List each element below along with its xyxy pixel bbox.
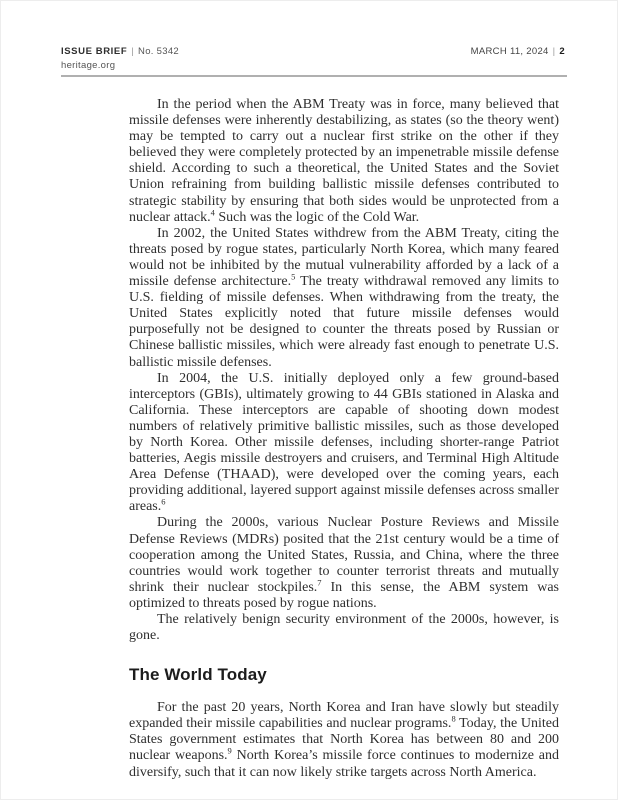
header-rule	[61, 75, 567, 77]
body-paragraph: In 2004, the U.S. initially deployed onl…	[129, 371, 559, 516]
page-header: ISSUE BRIEF|No. 5342 MARCH 11, 2024|2 he…	[61, 46, 565, 71]
footnote-ref: 6	[161, 497, 165, 507]
page-number: 2	[559, 46, 565, 57]
header-separator-right: |	[553, 46, 556, 57]
header-separator: |	[131, 46, 134, 57]
footnote-ref: 7	[317, 577, 321, 587]
body-paragraph: During the 2000s, various Nuclear Postur…	[129, 515, 559, 612]
footnote-ref: 9	[228, 746, 232, 756]
body-paragraph: The relatively benign security environme…	[129, 612, 559, 644]
header-right: MARCH 11, 2024|2	[471, 46, 565, 57]
section-heading: The World Today	[129, 665, 559, 685]
body-paragraph: In 2002, the United States withdrew from…	[129, 226, 559, 371]
issue-number: No. 5342	[138, 46, 179, 57]
footnote-ref: 4	[211, 207, 215, 217]
document-page: ISSUE BRIEF|No. 5342 MARCH 11, 2024|2 he…	[0, 0, 618, 800]
footnote-ref: 8	[451, 714, 455, 724]
footnote-ref: 5	[291, 271, 295, 281]
body-paragraph: For the past 20 years, North Korea and I…	[129, 700, 559, 780]
site-url: heritage.org	[61, 60, 565, 71]
body-paragraph: In the period when the ABM Treaty was in…	[129, 97, 559, 226]
article: In the period when the ABM Treaty was in…	[129, 97, 559, 781]
date-label: MARCH 11, 2024	[471, 46, 549, 57]
brand-label: ISSUE BRIEF	[61, 46, 127, 57]
header-left: ISSUE BRIEF|No. 5342	[61, 46, 179, 57]
